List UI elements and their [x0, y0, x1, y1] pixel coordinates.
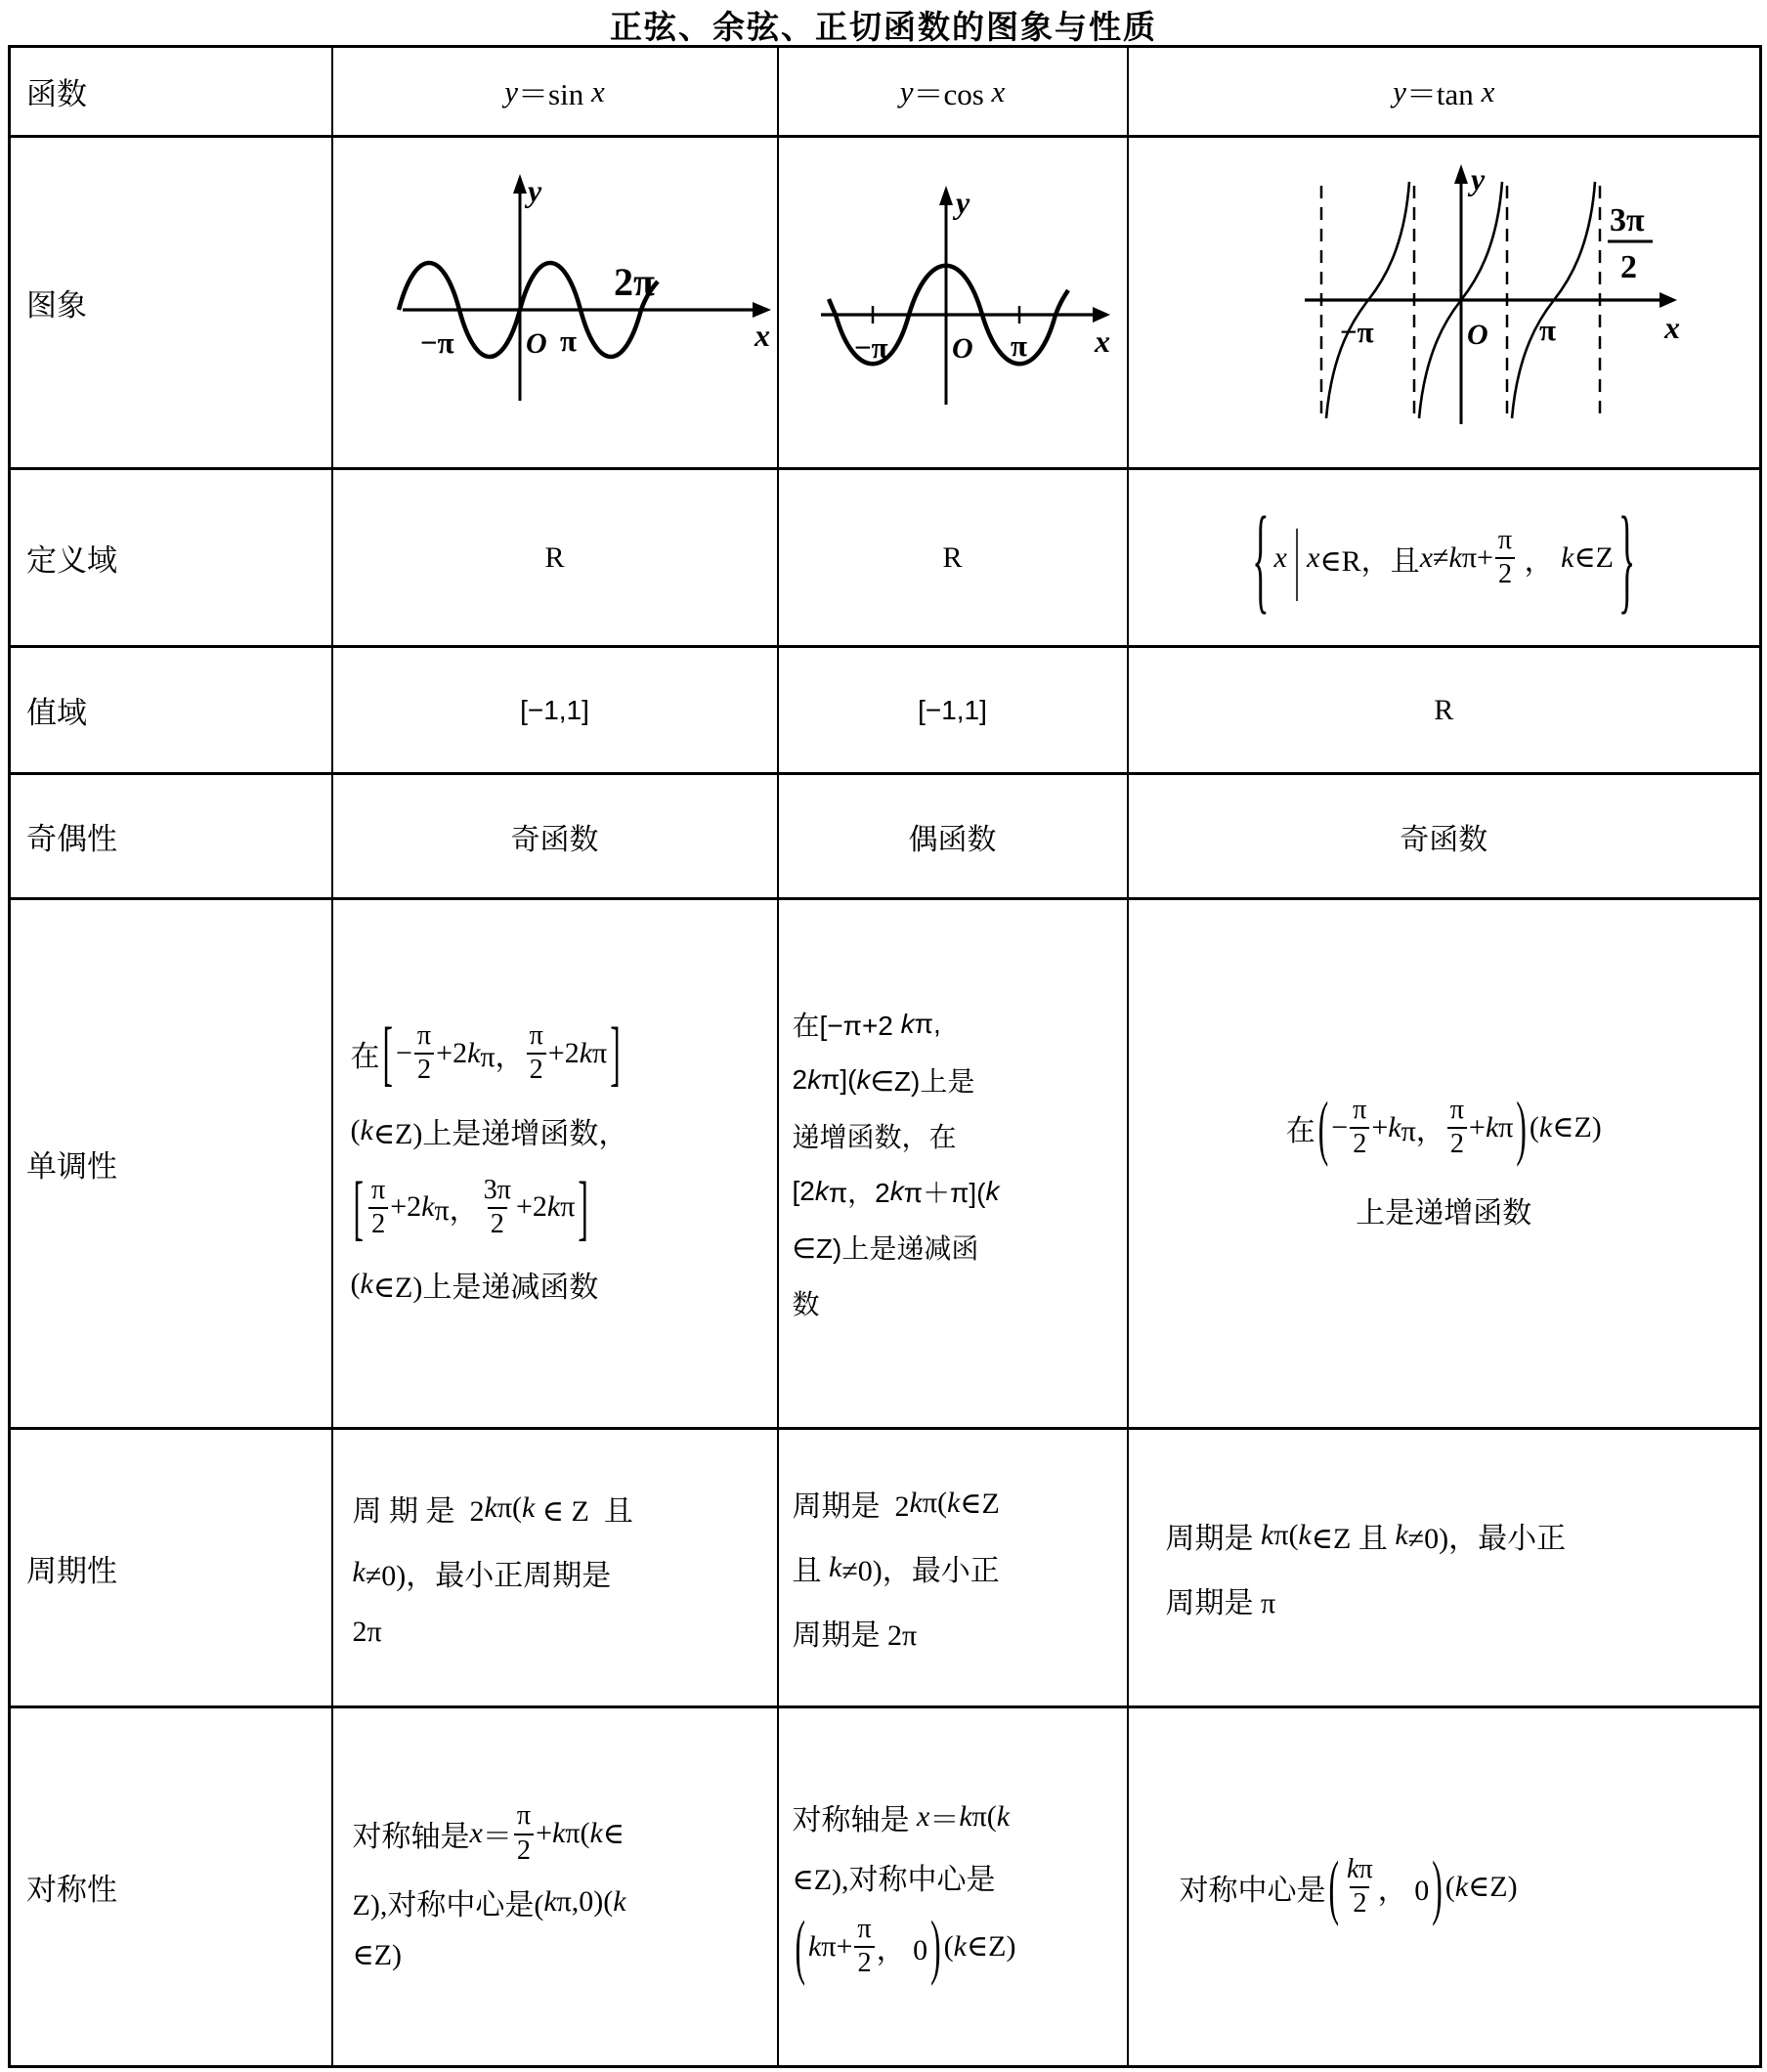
tick-2pi: 2π [614, 260, 655, 304]
tick-pi: π [560, 324, 577, 358]
row-label-symmetry: 对称性 [10, 1707, 332, 2067]
range-tan: R [1129, 694, 1760, 727]
monotonicity-tan: 在(−π2+kπ，π2+kπ)(k∈Z)上是递增函数 [1129, 1096, 1760, 1232]
function-tan: y＝tan x [1129, 69, 1760, 113]
sin-graph: y x −π O π 2π [334, 139, 776, 467]
symmetry-sin: 对称轴是x＝π2+kπ(k∈Z),对称中心是(kπ,0)(k∈Z) [353, 1801, 777, 1972]
row-label-periodicity: 周期性 [10, 1429, 332, 1707]
row-periodicity: 周期性 周 期 是 2kπ(k ∈ Z 且k≠0)，最小正周期是2π 周期是 2… [10, 1429, 1761, 1707]
row-range: 值域 [−1,1] [−1,1] R [10, 647, 1761, 774]
function-cos: y＝cos x [779, 69, 1127, 113]
tick-neg-pi: −π [854, 330, 888, 365]
tick-neg-pi: −π [420, 325, 454, 360]
periodicity-sin: 周 期 是 2kπ(k ∈ Z 且k≠0)，最小正周期是2π [353, 1487, 777, 1649]
periodicity-cos: 周期是 2kπ(k∈Z且 k≠0)，最小正周期是 2π [793, 1482, 1127, 1654]
origin-label: O [526, 327, 547, 360]
asymptote-frac-den: 2 [1620, 249, 1637, 285]
row-parity: 奇偶性 奇函数 偶函数 奇函数 [10, 774, 1761, 899]
range-cos: [−1,1] [779, 695, 1127, 726]
periodicity-tan: 周期是 kπ(k∈Z 且 k≠0)，最小正周期是 π [1166, 1514, 1760, 1621]
row-label-range: 值域 [10, 647, 332, 774]
monotonicity-sin: 在[−π2+2kπ，π2+2kπ](k∈Z)上是递增函数，[π2+2kπ，3π2… [351, 1021, 777, 1307]
y-axis-arrow [513, 174, 527, 194]
row-symmetry: 对称性 对称轴是x＝π2+kπ(k∈Z),对称中心是(kπ,0)(k∈Z) 对称… [10, 1707, 1761, 2067]
y-axis-arrow [939, 186, 953, 205]
tick-pi: π [1539, 313, 1556, 347]
symmetry-cos: 对称轴是 x＝kπ(k∈Z),对称中心是(kπ+π2， 0)(k∈Z) [793, 1795, 1127, 1979]
x-axis-label: x [754, 318, 770, 353]
parity-tan: 奇函数 [1128, 774, 1761, 899]
y-axis-label: y [524, 173, 542, 208]
asymptote-frac-num: 3π [1610, 202, 1645, 238]
domain-cos: R [779, 541, 1127, 575]
row-label-parity: 奇偶性 [10, 774, 332, 899]
origin-label: O [952, 332, 973, 365]
row-function: 函数 y＝sin x y＝cos x y＝tan x [10, 47, 1761, 137]
y-axis-arrow [1454, 164, 1468, 184]
row-graph: 图象 y x −π O π 2π [10, 137, 1761, 469]
range-sin: [−1,1] [333, 695, 777, 726]
cos-graph: y x −π O π [780, 139, 1126, 467]
page-title: 正弦、余弦、正切函数的图象与性质 [0, 2, 1767, 48]
row-monotonicity: 单调性 在[−π2+2kπ，π2+2kπ](k∈Z)上是递增函数，[π2+2kπ… [10, 899, 1761, 1429]
row-label-function: 函数 [10, 47, 332, 137]
parity-sin: 奇函数 [332, 774, 778, 899]
tick-pi: π [1011, 328, 1027, 363]
domain-sin: R [333, 541, 777, 575]
tan-graph: y x −π O π 3π 2 [1129, 139, 1758, 467]
row-label-domain: 定义域 [10, 469, 332, 647]
parity-cos: 偶函数 [778, 774, 1128, 899]
row-domain: 定义域 R R {x|x∈R，且x≠kπ+π2 ， k∈Z} [10, 469, 1761, 647]
monotonicity-cos: 在[−π+2 kπ,2kπ](k∈Z)上是递增函数，在[2kπ，2kπ＋π](k… [793, 1005, 1127, 1322]
x-axis-label: x [1663, 310, 1680, 345]
tick-neg-pi: −π [1340, 315, 1374, 349]
y-axis-label: y [1467, 161, 1486, 196]
symmetry-tan: 对称中心是(kπ2， 0)(k∈Z) [1180, 1855, 1760, 1920]
x-axis-arrow [753, 302, 771, 318]
row-label-monotonicity: 单调性 [10, 899, 332, 1429]
row-label-graph: 图象 [10, 137, 332, 469]
x-axis-label: x [1094, 324, 1110, 359]
x-axis-arrow [1659, 292, 1677, 308]
y-axis-label: y [952, 185, 970, 220]
domain-tan: {x|x∈R，且x≠kπ+π2 ， k∈Z} [1129, 526, 1760, 590]
x-axis-arrow [1093, 307, 1110, 323]
origin-label: O [1467, 319, 1488, 351]
trig-properties-table: 函数 y＝sin x y＝cos x y＝tan x 图象 y x −π O π… [8, 45, 1762, 2068]
function-sin: y＝sin x [333, 69, 777, 113]
